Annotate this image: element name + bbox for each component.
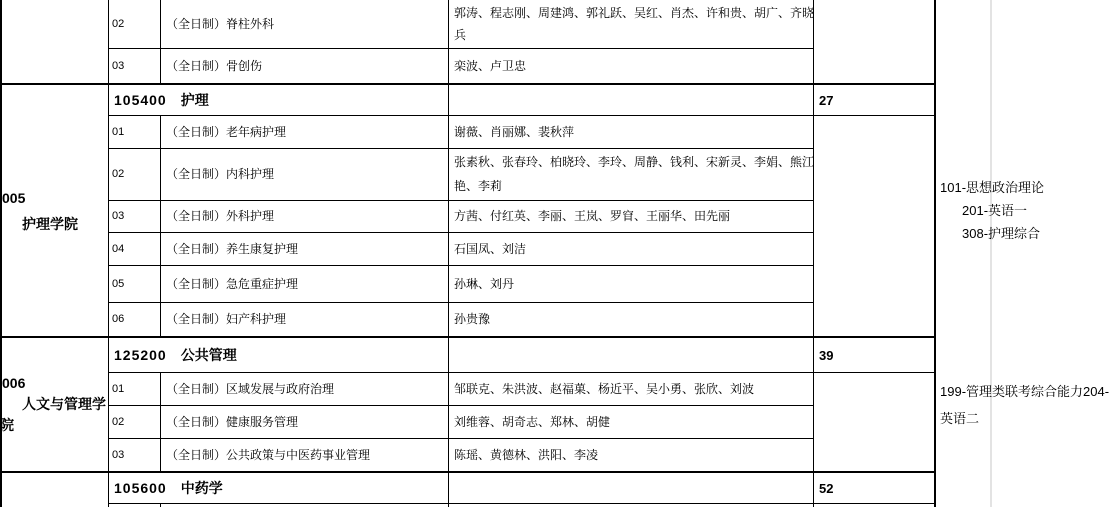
- direction-cell[interactable]: （全日制）养生康复护理: [161, 232, 452, 265]
- college-cell[interactable]: 005 护理学院: [0, 85, 107, 336]
- row-number-cell[interactable]: 04: [109, 232, 162, 265]
- row-number-cell[interactable]: 02: [109, 405, 162, 438]
- program-header[interactable]: 125200 公共管理: [110, 338, 450, 372]
- direction-cell[interactable]: （全日制）公共政策与中医药事业管理: [161, 438, 452, 471]
- row-number-cell[interactable]: 01: [109, 372, 162, 405]
- direction-cell[interactable]: （全日制）老年病护理: [161, 115, 452, 148]
- program-header[interactable]: 105600 中药学: [110, 473, 450, 503]
- tutors-cell[interactable]: 刘维蓉、胡奇志、郑林、胡健: [449, 405, 820, 438]
- tutors-cell[interactable]: 陈瑶、黄德林、洪阳、李凌: [449, 438, 820, 471]
- row-number-cell[interactable]: 05: [109, 265, 162, 302]
- direction-cell[interactable]: （全日制）妇产科护理: [161, 302, 452, 336]
- tutors-cell[interactable]: 孙琳、刘丹: [449, 265, 820, 302]
- tutors-cell[interactable]: 栾波、卢卫忠: [449, 48, 820, 83]
- quota-cell[interactable]: 52: [816, 473, 937, 503]
- tutors-cell[interactable]: 谢薇、肖丽娜、裴秋萍: [449, 115, 820, 148]
- tutors-cell[interactable]: 张素秋、张春玲、柏晓玲、李玲、周静、钱利、宋新灵、李娟、熊江艳、李莉: [449, 148, 820, 200]
- program-code: 105600: [114, 480, 167, 496]
- direction-cell[interactable]: （全日制）内科护理: [161, 148, 452, 200]
- tutors-cell[interactable]: 方茜、付红英、李丽、王岚、罗窅、王丽华、田先丽: [449, 200, 820, 232]
- row-number-cell[interactable]: 01: [109, 115, 162, 148]
- direction-cell[interactable]: （全日制）急危重症护理: [161, 265, 452, 302]
- row-number-cell[interactable]: 03: [109, 438, 162, 471]
- tutors-cell[interactable]: 邹联克、朱洪波、赵福菓、杨近平、吴小勇、张欣、刘波: [449, 372, 820, 405]
- program-code: 125200: [114, 347, 167, 363]
- program-header[interactable]: 105400 护理: [110, 85, 450, 115]
- spreadsheet-table: 02 （全日制）脊柱外科 郭涛、程志刚、周建鸿、郭礼跃、吴红、肖杰、许和贵、胡广…: [0, 0, 1109, 507]
- row-number-cell[interactable]: 02: [109, 148, 162, 200]
- quota-cell[interactable]: 39: [816, 338, 937, 372]
- exam-subject-line: 201-英语一: [938, 199, 1108, 222]
- direction-cell[interactable]: （全日制）外科护理: [161, 200, 452, 232]
- program-name: 中药学: [181, 478, 223, 498]
- tutors-cell[interactable]: 孙贵豫: [449, 302, 820, 336]
- row-number-cell[interactable]: 03: [109, 200, 162, 232]
- college-name: 护理学院: [0, 211, 107, 237]
- tutors-cell[interactable]: 郭涛、程志刚、周建鸿、郭礼跃、吴红、肖杰、许和贵、胡广、齐晓兵: [449, 0, 820, 48]
- quota-cell[interactable]: 27: [816, 85, 937, 115]
- grid-line: [934, 0, 936, 507]
- college-code: 005: [0, 185, 107, 211]
- direction-cell[interactable]: （全日制）脊柱外科: [161, 0, 452, 48]
- program-name: 护理: [181, 90, 209, 110]
- direction-cell[interactable]: （全日制）骨创伤: [161, 48, 452, 83]
- exam-subjects-cell[interactable]: 199-管理类联考综合能力204-英语二: [938, 338, 1109, 471]
- tutors-cell[interactable]: 石国凤、刘洁: [449, 232, 820, 265]
- college-code: 006: [0, 373, 107, 394]
- exam-subjects-cell[interactable]: 101-思想政治理论 201-英语一 308-护理综合: [938, 85, 1108, 336]
- row-number-cell[interactable]: 06: [109, 302, 162, 336]
- program-code: 105400: [114, 92, 167, 108]
- grid-line: [108, 503, 936, 504]
- program-name: 公共管理: [181, 345, 237, 365]
- row-number-cell[interactable]: 02: [109, 0, 162, 48]
- direction-cell[interactable]: （全日制）健康服务管理: [161, 405, 452, 438]
- exam-subject-line: 308-护理综合: [938, 222, 1108, 245]
- exam-subject-line: 199-管理类联考综合能力204-英语二: [938, 378, 1109, 432]
- row-number-cell[interactable]: 03: [109, 48, 162, 83]
- college-name: 人文与管理学院: [0, 394, 107, 436]
- direction-cell[interactable]: （全日制）区域发展与政府治理: [161, 372, 452, 405]
- college-cell[interactable]: 006 人文与管理学院: [0, 338, 107, 471]
- exam-subject-line: 101-思想政治理论: [938, 176, 1108, 199]
